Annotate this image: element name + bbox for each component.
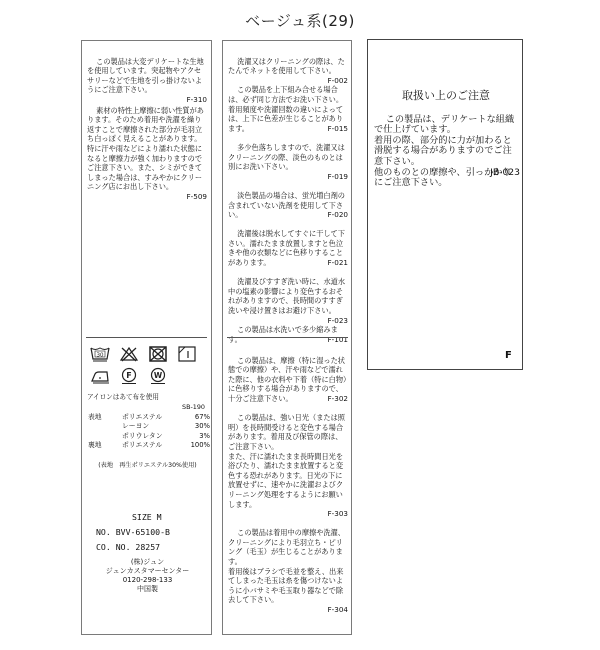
svg-text:W: W	[154, 371, 163, 380]
note-f509: 素材の特性上摩擦に弱い性質があります。そのため着用や洗濯を繰り返すことで摩擦され…	[87, 96, 207, 221]
care-symbols-row-2: F W	[90, 367, 168, 385]
iron-note: アイロンはあて布を使用	[87, 393, 207, 403]
iron-low-icon	[90, 367, 110, 385]
note-text: この製品を上下組み合せる場合は、必ず同じ方法でお洗い下さい。着用頻度や洗濯回数の…	[228, 85, 343, 132]
maker-phone: 0120-298-133	[82, 576, 213, 585]
note-text: この製品は大変デリケートな生地を使用しています。突起物やアクセサリーなどで生地を…	[87, 57, 204, 95]
note-code: F-002	[328, 76, 348, 86]
country-of-origin: 中国製	[82, 585, 213, 594]
note-code: F-019	[228, 172, 348, 182]
note-code: F-015	[328, 124, 348, 134]
svg-text:F: F	[126, 371, 131, 380]
fiber-part	[88, 432, 122, 441]
note-text: 洗濯及びすすぎ洗い時に、水道水中の塩素の影響により変色するおそれがありますので、…	[228, 277, 345, 315]
middle-top-notes: 洗濯又はクリーニングの際は、たたんでネットを使用して下さい。F-002 この製品…	[228, 47, 348, 354]
maker-info: (株)ジュン ジュンカスタマーセンター 0120-298-133 中国製	[82, 558, 213, 594]
section-divider	[86, 337, 207, 338]
middle-bottom-notes: この製品は、摩擦（特に湿った状態での摩擦）や、汗や雨などで濡れた際に、他の衣料や…	[228, 346, 348, 634]
note-text: この製品は着用中の摩擦や洗濯、クリーニングにより毛羽立ち・ピリング（毛玉）が生じ…	[228, 528, 345, 604]
care-label-left: この製品は大変デリケートな生地を使用しています。突起物やアクセサリーなどで生地を…	[81, 40, 212, 635]
wet-clean-w-icon: W	[148, 367, 168, 385]
fiber-material: レーヨン	[122, 422, 180, 431]
note-code: F-020	[328, 210, 348, 220]
fiber-percent: 100%	[180, 441, 210, 450]
note-text: この製品は、強い日光（または照明）を長時間受けると変色する場合があります。着用及…	[228, 413, 345, 508]
wash-30-icon: 30	[90, 345, 110, 363]
note-code: F-023	[328, 316, 348, 326]
fiber-material: ポリエステル	[122, 413, 180, 422]
fiber-part: 裏地	[88, 441, 122, 450]
no-tumble-dry-icon	[148, 345, 168, 363]
fiber-row: ポリウレタン 3%	[88, 432, 212, 441]
svg-text:30: 30	[97, 352, 104, 358]
caution-body: この製品は、デリケートな組織で仕上げています。 着用の際、部分的に力が加わると滑…	[374, 104, 520, 199]
caution-text: この製品は、デリケートな組織で仕上げています。 着用の際、部分的に力が加わると滑…	[374, 114, 514, 189]
maker-company: (株)ジュン	[82, 558, 213, 567]
recycled-note: (表地 再生ポリエステル30%使用)	[82, 461, 213, 471]
symbol-code: SB-190	[87, 403, 205, 413]
fiber-material: ポリウレタン	[122, 432, 180, 441]
caution-heading: 取扱い上のご注意	[368, 87, 524, 103]
note-text: 洗濯又はクリーニングの際は、たたんでネットを使用して下さい。	[228, 57, 345, 76]
note-code: F-509	[87, 192, 207, 202]
line-dry-shade-icon	[177, 345, 197, 363]
note-code: F-304	[228, 605, 348, 615]
fiber-material: ポリエステル	[122, 441, 180, 450]
size-label: SIZE M	[132, 510, 162, 524]
note-code: F-302	[328, 394, 348, 404]
no-bleach-icon	[119, 345, 139, 363]
fiber-row: レーヨン 30%	[88, 422, 212, 431]
page-title: ベージュ系(29)	[0, 10, 600, 31]
co-number: CO. NO. 28257	[96, 540, 160, 554]
fiber-content-table: 表地 ポリエステル 67% レーヨン 30% ポリウレタン 3% 裏地 ポリエス…	[88, 413, 212, 451]
fiber-percent: 3%	[180, 432, 210, 441]
fiber-row: 表地 ポリエステル 67%	[88, 413, 212, 422]
care-symbols-row-1: 30	[90, 345, 197, 363]
maker-center: ジュンカスタマーセンター	[82, 567, 213, 576]
care-label-right: 取扱い上のご注意 この製品は、デリケートな組織で仕上げています。 着用の際、部分…	[367, 39, 523, 370]
note-text: 素材の特性上摩擦に弱い性質があります。そのため着用や洗濯を繰り返すことで摩擦され…	[87, 106, 204, 192]
note-code: F-021	[328, 258, 348, 268]
note-text: 多少色落ちしますので、洗濯又はクリーニングの際、淡色のものとは別にお洗い下さい。	[228, 143, 345, 171]
note-code: F-303	[228, 509, 348, 519]
note-text: この製品は水洗いで多少縮みます。	[228, 325, 338, 344]
fiber-part	[88, 422, 122, 431]
dry-clean-f-icon: F	[119, 367, 139, 385]
fiber-part: 表地	[88, 413, 122, 422]
section-divider	[227, 337, 348, 338]
fiber-percent: 30%	[180, 422, 210, 431]
factory-mark: F	[505, 350, 512, 361]
fiber-percent: 67%	[180, 413, 210, 422]
fiber-row: 裏地 ポリエステル 100%	[88, 441, 212, 450]
product-number: NO. BVV-65100-B	[96, 525, 170, 539]
care-label-middle: 洗濯又はクリーニングの際は、たたんでネットを使用して下さい。F-002 この製品…	[222, 40, 352, 635]
